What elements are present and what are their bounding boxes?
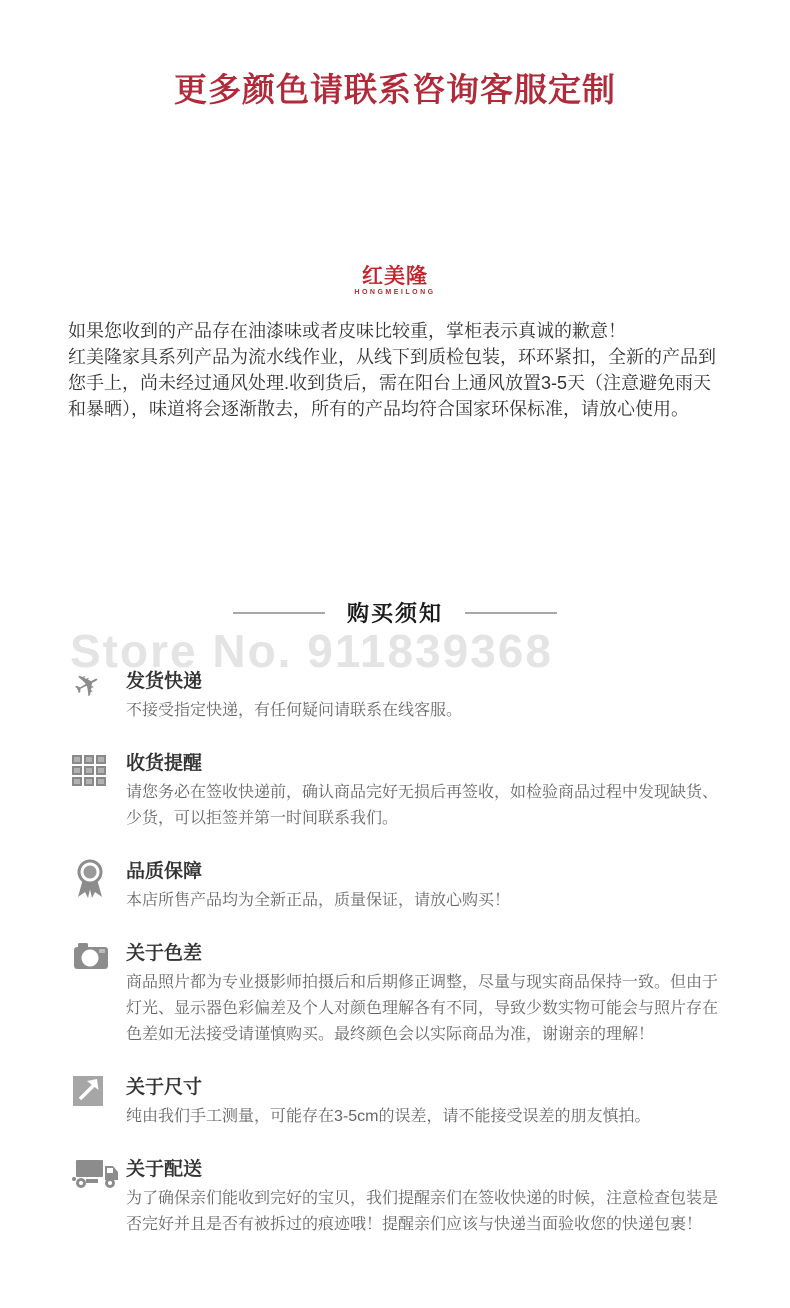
- section-title: 品质保障: [126, 858, 728, 886]
- brand-logo: 红美隆 HONGMEILONG: [0, 266, 790, 296]
- intro-line-1: 如果您收到的产品存在油漆味或者皮味比较重，掌柜表示真诚的歉意！: [68, 318, 724, 344]
- header-rule-right: [465, 612, 557, 614]
- resize-icon: [72, 1074, 126, 1130]
- airplane-icon: ✈: [72, 668, 126, 724]
- section-shipping: ✈ 发货快递 不接受指定快递，有任何疑问请联系在线客服。: [72, 668, 728, 724]
- section-body: 商品照片都为专业摄影师拍摄后和后期修正调整，尽量与现实商品保持一致。但由于灯光、…: [126, 970, 728, 1048]
- camera-icon: [72, 940, 126, 1048]
- section-body: 为了确保亲们能收到完好的宝贝，我们提醒亲们在签收快递的时候，注意检查包装是否完好…: [126, 1186, 728, 1238]
- section-delivery: 关于配送 为了确保亲们能收到完好的宝贝，我们提醒亲们在签收快递的时候，注意检查包…: [72, 1156, 728, 1238]
- page-title: 更多颜色请联系咨询客服定制: [0, 64, 790, 111]
- brand-logo-subtext: HONGMEILONG: [0, 289, 790, 296]
- section-size: 关于尺寸 纯由我们手工测量，可能存在3-5cm的误差，请不能接受误差的朋友慎拍。: [72, 1074, 728, 1130]
- section-title: 发货快递: [126, 668, 728, 696]
- brand-logo-text: 红美隆: [0, 266, 790, 287]
- truck-icon: [72, 1156, 126, 1238]
- section-title: 关于尺寸: [126, 1074, 728, 1102]
- section-body: 本店所售产品均为全新正品，质量保证，请放心购买！: [126, 888, 728, 914]
- section-body: 请您务必在签收快递前，确认商品完好无损后再签收，如检验商品过程中发现缺货、少货，…: [126, 780, 728, 832]
- section-quality: 品质保障 本店所售产品均为全新正品，质量保证，请放心购买！: [72, 858, 728, 914]
- section-title: 关于配送: [126, 1156, 728, 1184]
- notice-sections: ✈ 发货快递 不接受指定快递，有任何疑问请联系在线客服。 收货提醒 请您务必在签…: [72, 668, 728, 1264]
- intro-paragraph: 如果您收到的产品存在油漆味或者皮味比较重，掌柜表示真诚的歉意！ 红美隆家具系列产…: [68, 318, 724, 422]
- section-color-difference: 关于色差 商品照片都为专业摄影师拍摄后和后期修正调整，尽量与现实商品保持一致。但…: [72, 940, 728, 1048]
- section-title: 关于色差: [126, 940, 728, 968]
- section-body: 纯由我们手工测量，可能存在3-5cm的误差，请不能接受误差的朋友慎拍。: [126, 1104, 728, 1130]
- grid-icon: [72, 750, 126, 832]
- section-receipt: 收货提醒 请您务必在签收快递前，确认商品完好无损后再签收，如检验商品过程中发现缺…: [72, 750, 728, 832]
- section-body: 不接受指定快递，有任何疑问请联系在线客服。: [126, 698, 728, 724]
- intro-body: 红美隆家具系列产品为流水线作业，从线下到质检包装，环环紧扣，全新的产品到您手上，…: [68, 344, 724, 422]
- section-title: 收货提醒: [126, 750, 728, 778]
- medal-icon: [72, 858, 126, 914]
- header-rule-left: [233, 612, 325, 614]
